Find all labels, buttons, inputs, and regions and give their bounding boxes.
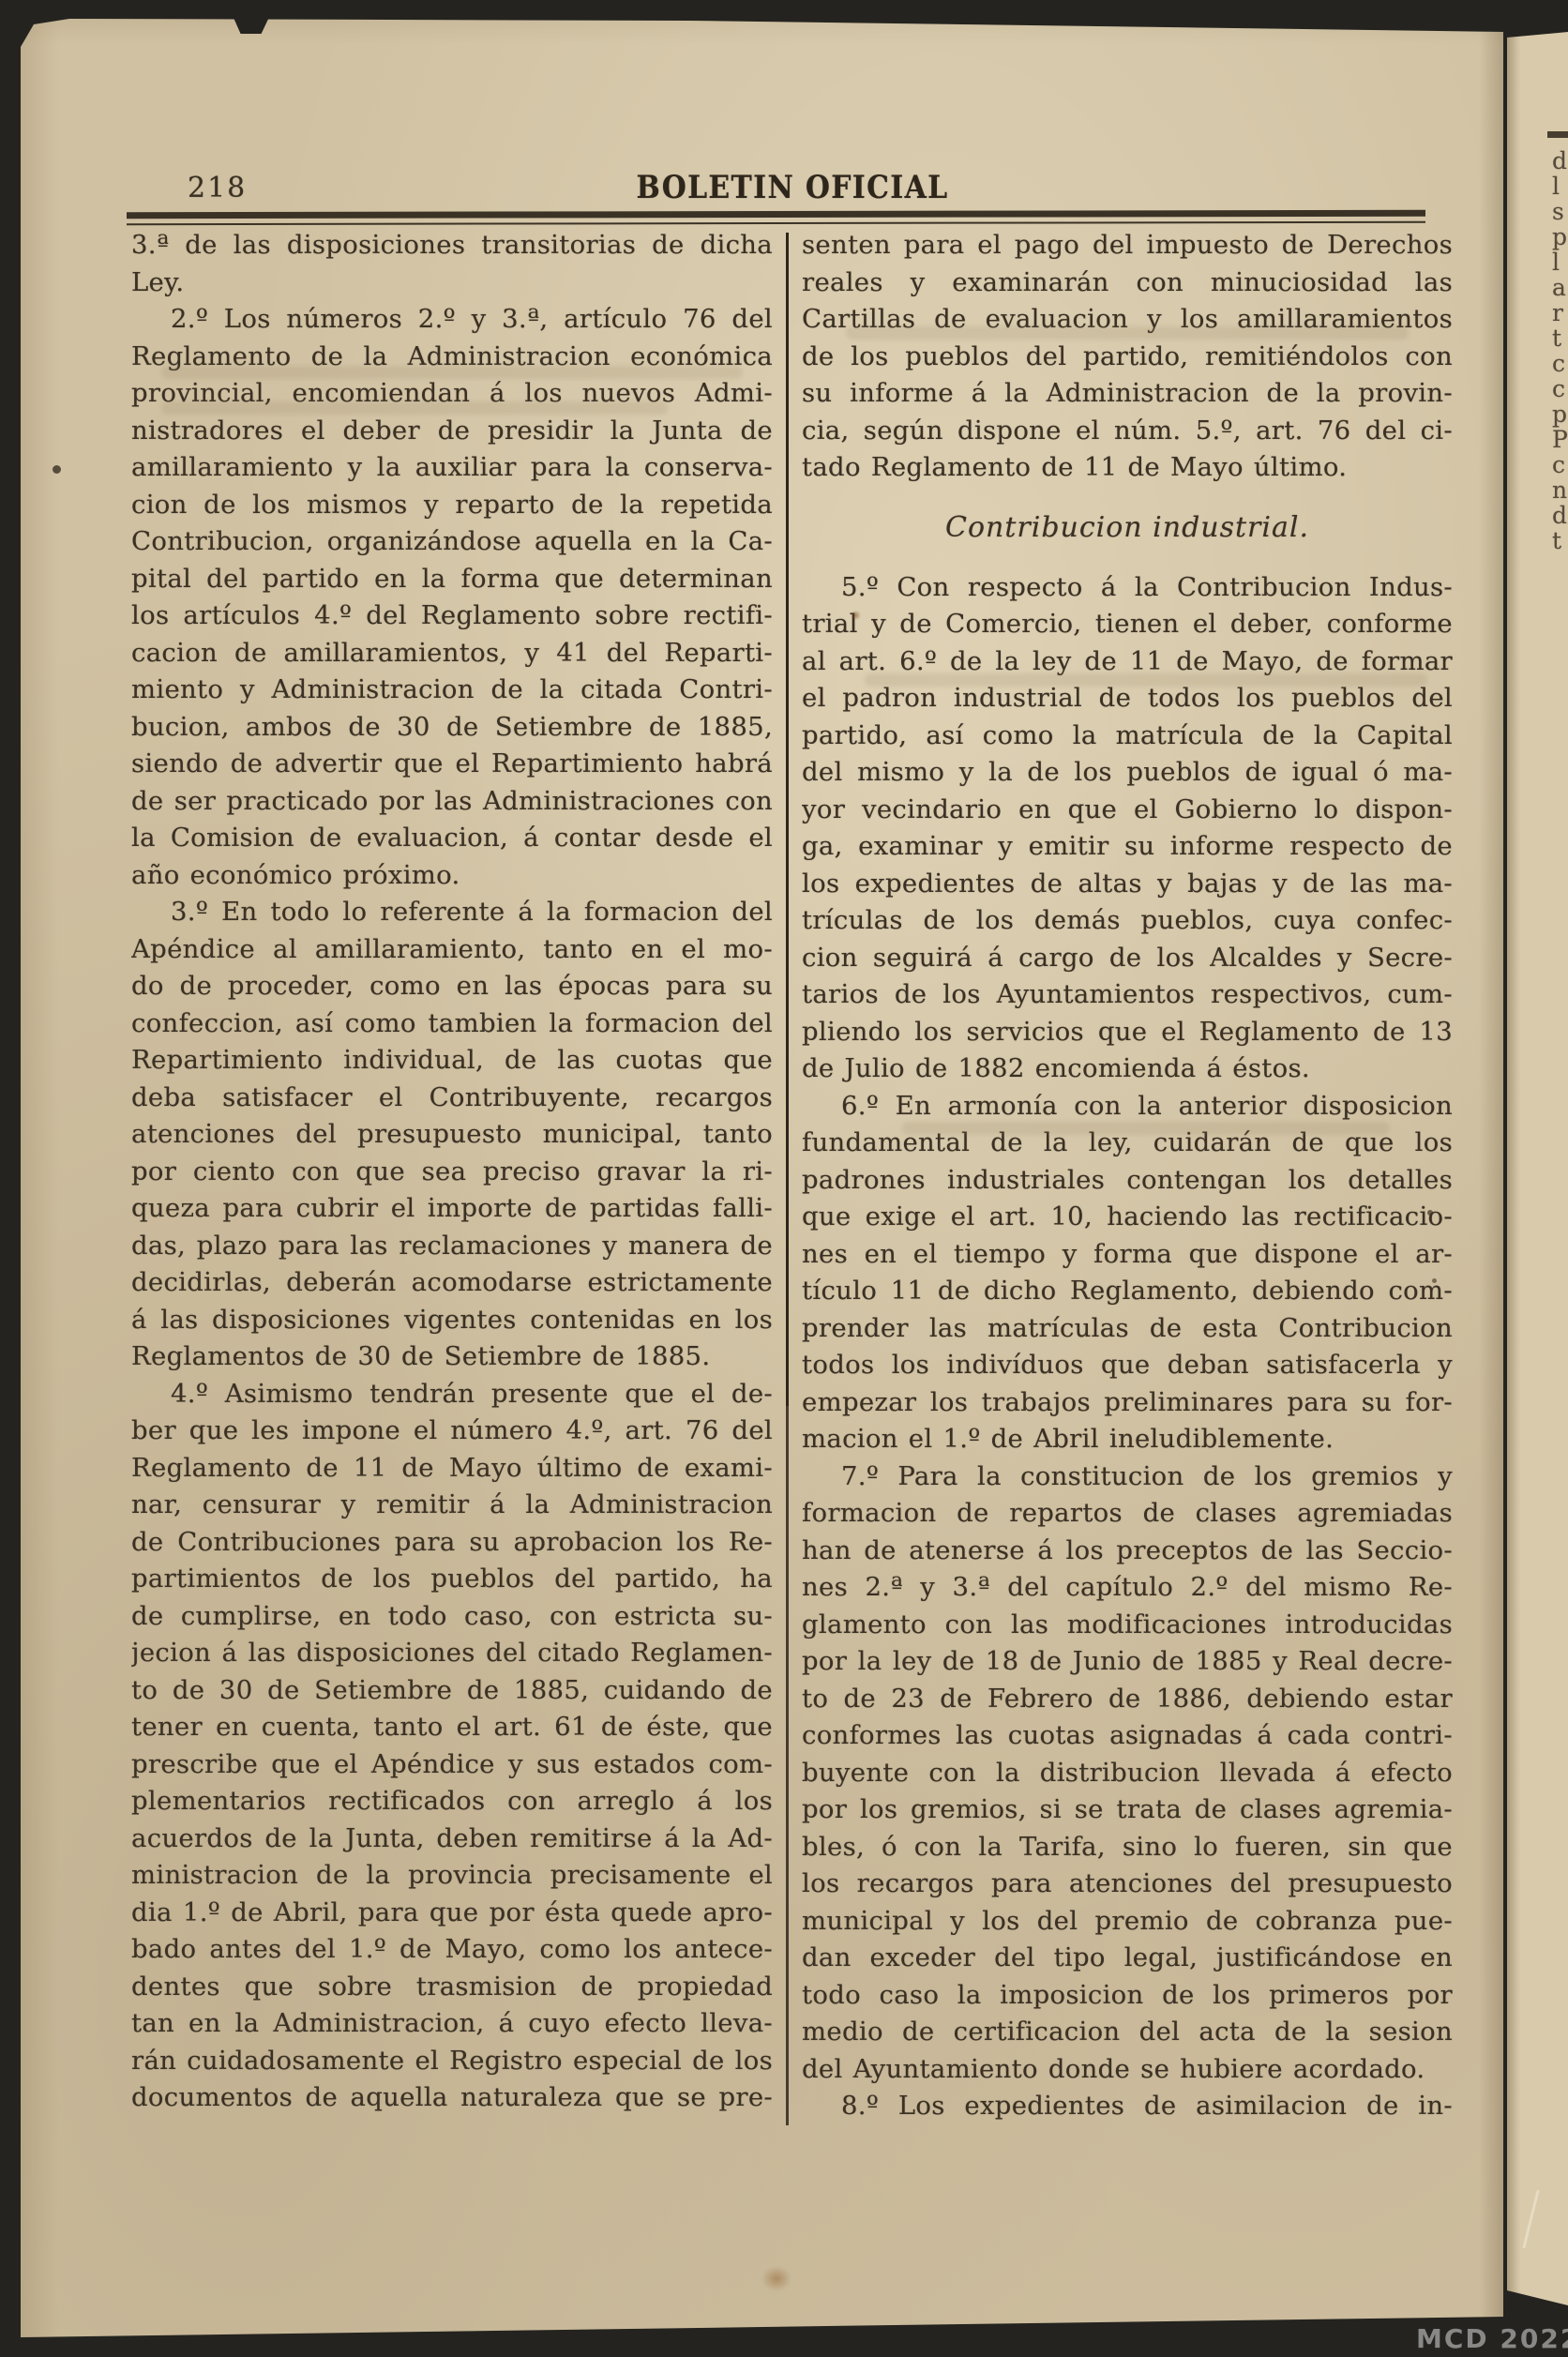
text-line: la Comision de evaluacion, á contar desd… xyxy=(131,820,773,857)
text-line: tener en cuenta, tanto el art. 61 de ést… xyxy=(131,1709,773,1746)
text-line: trial y de Comercio, tienen el deber, co… xyxy=(802,606,1453,643)
text-line: 7.º Para la constitucion de los gremios … xyxy=(802,1458,1453,1496)
text-line: municipal y los del premio de cobranza p… xyxy=(802,1903,1453,1941)
text-line: deba satisfacer el Contribuyente, recarg… xyxy=(131,1080,773,1117)
text-line: su informe á la Administracion de la pro… xyxy=(802,375,1453,413)
text-line: dentes que sobre trasmision de propiedad… xyxy=(131,1969,773,2006)
masthead-title: BOLETIN OFICIAL xyxy=(223,169,1362,206)
text-line: dia 1.º de Abril, para que por ésta qued… xyxy=(131,1895,773,1932)
adjacent-page-letter: d xyxy=(1552,148,1568,174)
text-line: decidirlas, deberán acomodarse estrictam… xyxy=(131,1264,773,1302)
text-line: del Ayuntamiento donde se hubiere acorda… xyxy=(802,2051,1453,2089)
text-line: el padron industrial de todos los pueblo… xyxy=(802,680,1453,718)
text-line: ga, examinar y emitir su informe respect… xyxy=(802,828,1453,866)
text-line: reales y examinarán con minuciosidad las xyxy=(802,264,1453,302)
text-line: nes en el tiempo y forma que dispone el … xyxy=(802,1236,1453,1274)
text-line: bles, ó con la Tarifa, sino lo fueren, s… xyxy=(802,1829,1453,1866)
text-line: Ley. xyxy=(131,264,773,302)
text-line: do de proceder, como en las épocas para … xyxy=(131,968,773,1005)
text-line: al art. 6.º de la ley de 11 de Mayo, de … xyxy=(802,643,1453,681)
paper-stain xyxy=(53,465,61,474)
text-line: ministracion de la provincia precisament… xyxy=(131,1857,773,1895)
text-line: nistradores el deber de presidir la Junt… xyxy=(131,413,773,450)
text-line: padrones industriales contengan los deta… xyxy=(802,1162,1453,1200)
text-line: prender las matrículas de esta Contribuc… xyxy=(802,1310,1453,1348)
text-line: nar, censurar y remitir á la Administrac… xyxy=(131,1487,773,1524)
text-line: tado Reglamento de 11 de Mayo último. xyxy=(802,449,1453,487)
left-column: 3.ª de las disposiciones transitorias de… xyxy=(131,227,773,2117)
text-line: Repartimiento individual, de las cuotas … xyxy=(131,1042,773,1080)
text-line: ber que les impone el número 4.º, art. 7… xyxy=(131,1413,773,1450)
right-column: senten para el pago del impuesto de Dere… xyxy=(802,227,1453,2125)
text-line: partimientos de los pueblos del partido,… xyxy=(131,1561,773,1598)
text-line: de Contribuciones para su aprobacion los… xyxy=(131,1524,773,1562)
text-line: pliendo los servicios que el Reglamento … xyxy=(802,1014,1453,1051)
text-line: bucion, ambos de 30 de Setiembre de 1885… xyxy=(131,709,773,747)
text-line: los expedientes de altas y bajas y de la… xyxy=(802,866,1453,903)
text-line: de los pueblos del partido, remitiéndolo… xyxy=(802,339,1453,376)
text-line: plementarios rectificados con arreglo á … xyxy=(131,1783,773,1821)
paragraph: senten para el pago del impuesto de Dere… xyxy=(802,227,1453,487)
text-line: conformes las cuotas asignadas á cada co… xyxy=(802,1717,1453,1755)
adjacent-page-letter: P xyxy=(1552,427,1568,452)
text-line: 8.º Los expedientes de asimilacion de in… xyxy=(802,2088,1453,2125)
text-line: han de atenerse á los preceptos de las S… xyxy=(802,1533,1453,1570)
text-line: to de 23 de Febrero de 1886, debiendo es… xyxy=(802,1681,1453,1718)
text-line: todo caso la imposicion de los primeros … xyxy=(802,1977,1453,2015)
text-line: pital del partido en la forma que determ… xyxy=(131,561,773,598)
paper-stain xyxy=(761,2266,792,2291)
text-line: nes 2.ª y 3.ª del capítulo 2.º del mismo… xyxy=(802,1569,1453,1607)
adjacent-page-letter: c xyxy=(1552,376,1568,401)
text-line: trículas de los demás pueblos, cuya conf… xyxy=(802,902,1453,940)
text-line: por ciento con que sea preciso gravar la… xyxy=(131,1154,773,1191)
watermark: MCD 2022-L5 xyxy=(1416,2323,1568,2354)
adjacent-page-letter: l xyxy=(1552,249,1568,275)
adjacent-page-letter: t xyxy=(1552,325,1568,351)
text-line: to de 30 de Setiembre de 1885, cuidando … xyxy=(131,1672,773,1710)
text-line: 6.º En armonía con la anterior disposici… xyxy=(802,1088,1453,1126)
text-line: 3.º En todo lo referente á la formacion … xyxy=(131,894,773,931)
paragraph: 7.º Para la constitucion de los gremios … xyxy=(802,1458,1453,2089)
text-line: los recargos para atenciones del presupu… xyxy=(802,1866,1453,1903)
text-line: tarios de los Ayuntamientos respectivos,… xyxy=(802,976,1453,1014)
text-line: 3.ª de las disposiciones transitorias de… xyxy=(131,227,773,264)
text-line: jecion á las disposiciones del citado Re… xyxy=(131,1635,773,1672)
text-line: 4.º Asimismo tendrán presente que el de- xyxy=(131,1376,773,1413)
adjacent-page-letter: c xyxy=(1552,351,1568,376)
text-line: yor vecindario en que el Gobierno lo dis… xyxy=(802,792,1453,829)
text-line: fundamental de la ley, cuidarán de que l… xyxy=(802,1125,1453,1162)
text-line: Cartillas de evaluacion y los amillarami… xyxy=(802,301,1453,339)
text-line: bado antes del 1.º de Mayo, como los ant… xyxy=(131,1931,773,1969)
adjacent-page-letter: a xyxy=(1552,275,1568,300)
text-line: 2.º Los números 2.º y 3.ª, artículo 76 d… xyxy=(131,301,773,339)
text-line: Reglamento de 11 de Mayo último de exami… xyxy=(131,1450,773,1488)
adjacent-page-letter: s xyxy=(1552,199,1568,224)
text-line: los artículos 4.º del Reglamento sobre r… xyxy=(131,597,773,635)
text-line: tículo 11 de dicho Reglamento, debiendo … xyxy=(802,1273,1453,1310)
text-line: cacion de amillaramientos, y 41 del Repa… xyxy=(131,635,773,672)
text-line: formacion de repartos de clases agremiad… xyxy=(802,1495,1453,1533)
text-line: buyente con la distribucion llevada á ef… xyxy=(802,1755,1453,1792)
text-line: del mismo y la de los pueblos de igual ó… xyxy=(802,754,1453,792)
text-line: cion de los mismos y reparto de la repet… xyxy=(131,487,773,524)
text-line: Reglamentos de 30 de Setiembre de 1885. xyxy=(131,1338,773,1376)
text-line: das, plazo para las reclamaciones y mane… xyxy=(131,1228,773,1265)
paragraph: 5.º Con respecto á la Contribucion Indus… xyxy=(802,569,1453,1088)
paragraph: 2.º Los números 2.º y 3.ª, artículo 76 d… xyxy=(131,301,773,894)
text-line: prescribe que el Apéndice y sus estados … xyxy=(131,1746,773,1784)
text-line: Reglamento de la Administracion económic… xyxy=(131,339,773,376)
text-line: empezar los trabajos preliminares para s… xyxy=(802,1384,1453,1422)
adjacent-page-letter: p xyxy=(1552,401,1568,427)
paragraph: 4.º Asimismo tendrán presente que el de-… xyxy=(131,1376,773,2117)
text-line: Apéndice al amillaramiento, tanto en el … xyxy=(131,931,773,969)
text-line: que exige el art. 10, haciendo las recti… xyxy=(802,1199,1453,1236)
text-line: provincial, encomiendan á los nuevos Adm… xyxy=(131,375,773,413)
text-line: miento y Administracion de la citada Con… xyxy=(131,672,773,709)
text-line: senten para el pago del impuesto de Dere… xyxy=(802,227,1453,264)
paragraph: 8.º Los expedientes de asimilacion de in… xyxy=(802,2088,1453,2125)
text-line: cia, según dispone el núm. 5.º, art. 76 … xyxy=(802,413,1453,450)
text-line: cion seguirá á cargo de los Alcaldes y S… xyxy=(802,940,1453,977)
adjacent-page-letter: n xyxy=(1552,477,1568,503)
text-line: Contribucion, organizándose aquella en l… xyxy=(131,523,773,561)
text-line: medio de certificacion del acta de la se… xyxy=(802,2014,1453,2051)
scanned-page: 218 BOLETIN OFICIAL 3.ª de las disposici… xyxy=(21,17,1503,2337)
text-line: por la ley de 18 de Junio de 1885 y Real… xyxy=(802,1643,1453,1681)
text-line: queza para cubrir el importe de partidas… xyxy=(131,1190,773,1228)
text-line: de cumplirse, en todo caso, con estricta… xyxy=(131,1598,773,1636)
paragraph: 6.º En armonía con la anterior disposici… xyxy=(802,1088,1453,1458)
text-line: partido, así como la matrícula de la Cap… xyxy=(802,718,1453,755)
text-line: atenciones del presupuesto municipal, ta… xyxy=(131,1116,773,1154)
text-line: glamento con las modificaciones introduc… xyxy=(802,1607,1453,1644)
text-line: macion el 1.º de Abril ineludiblemente. xyxy=(802,1421,1453,1458)
adjacent-page-rule-fragment xyxy=(1547,131,1568,138)
adjacent-page-letter: r xyxy=(1552,300,1568,325)
text-line: acuerdos de la Junta, deben remitirse á … xyxy=(131,1821,773,1858)
column-divider-rule xyxy=(786,233,789,2125)
text-line: á las disposiciones vigentes contenidas … xyxy=(131,1302,773,1339)
adjacent-page-text-fragment: dlsplartccpPcndt xyxy=(1552,148,1568,553)
text-line: de ser practicado por las Administracion… xyxy=(131,783,773,821)
adjacent-page-letter: c xyxy=(1552,452,1568,477)
text-line: amillaramiento y la auxiliar para la con… xyxy=(131,449,773,487)
adjacent-page-letter: t xyxy=(1552,528,1568,553)
text-line: por los gremios, si se trata de clases a… xyxy=(802,1791,1453,1829)
paragraph: 3.ª de las disposiciones transitorias de… xyxy=(131,227,773,301)
paragraph: 3.º En todo lo referente á la formacion … xyxy=(131,894,773,1376)
text-line: siendo de advertir que el Repartimiento … xyxy=(131,746,773,783)
adjacent-page-letter: p xyxy=(1552,224,1568,249)
adjacent-page-letter: d xyxy=(1552,503,1568,528)
text-line: de Julio de 1882 encomienda á éstos. xyxy=(802,1050,1453,1088)
adjacent-page-edge: dlsplartccpPcndt xyxy=(1507,32,1568,2305)
header-rule xyxy=(127,210,1425,225)
section-heading: Contribucion industrial. xyxy=(802,487,1453,569)
paper-scratch xyxy=(1522,2190,1539,2249)
text-line: año económico próximo. xyxy=(131,857,773,895)
text-line: confeccion, así como tambien la formacio… xyxy=(131,1005,773,1043)
adjacent-page-letter: l xyxy=(1552,174,1568,199)
text-line: dan exceder del tipo legal, justificándo… xyxy=(802,1940,1453,1977)
text-line: tan en la Administracion, á cuyo efecto … xyxy=(131,2005,773,2043)
text-line: rán cuidadosamente el Registro especial … xyxy=(131,2043,773,2080)
text-line: 5.º Con respecto á la Contribucion Indus… xyxy=(802,569,1453,607)
text-line: documentos de aquella naturaleza que se … xyxy=(131,2079,773,2117)
text-line: todos los indivíduos que deban satisface… xyxy=(802,1347,1453,1384)
